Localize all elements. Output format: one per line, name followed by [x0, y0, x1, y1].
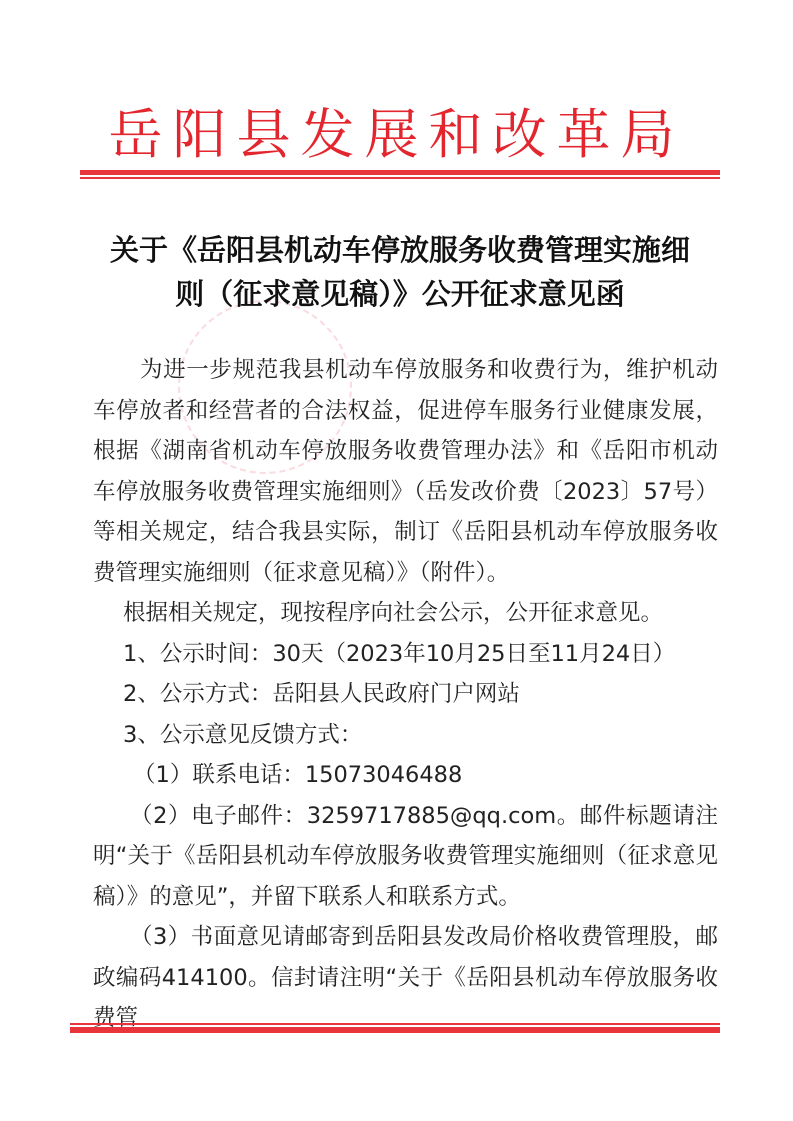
feedback-mail: （3）书面意见请邮寄到岳阳县发改局价格收费管理股，邮政编码414100。信封请注… [93, 917, 718, 1039]
header-divider-thin [80, 177, 720, 179]
organization-name: 岳阳县发展和改革局 [0, 92, 793, 169]
item-publicity-method: 2、公示方式：岳阳县人民政府门户网站 [93, 674, 718, 715]
document-body: 为进一步规范我县机动车停放服务和收费行为，维护机动车停放者和经营者的合法权益，促… [93, 350, 718, 1039]
footer-divider-thick [70, 1027, 720, 1033]
header-divider-thick [80, 170, 720, 175]
feedback-phone: （1）联系电话：15073046488 [93, 755, 718, 796]
item-feedback-method: 3、公示意见反馈方式： [93, 715, 718, 756]
title-line-2: 则（征求意见稿）》公开征求意见函 [60, 272, 740, 316]
footer-divider-thin [70, 1023, 720, 1025]
document-title: 关于《岳阳县机动车停放服务收费管理实施细 则（征求意见稿）》公开征求意见函 [60, 228, 740, 316]
feedback-email: （2）电子邮件：3259717885@qq.com。邮件标题请注明“关于《岳阳县… [93, 796, 718, 918]
intro-paragraph: 为进一步规范我县机动车停放服务和收费行为，维护机动车停放者和经营者的合法权益，促… [93, 350, 718, 593]
item-publicity-period: 1、公示时间：30天（2023年10月25日至11月24日） [93, 634, 718, 675]
title-line-1: 关于《岳阳县机动车停放服务收费管理实施细 [60, 228, 740, 272]
notice-paragraph: 根据相关规定，现按程序向社会公示，公开征求意见。 [93, 593, 718, 634]
